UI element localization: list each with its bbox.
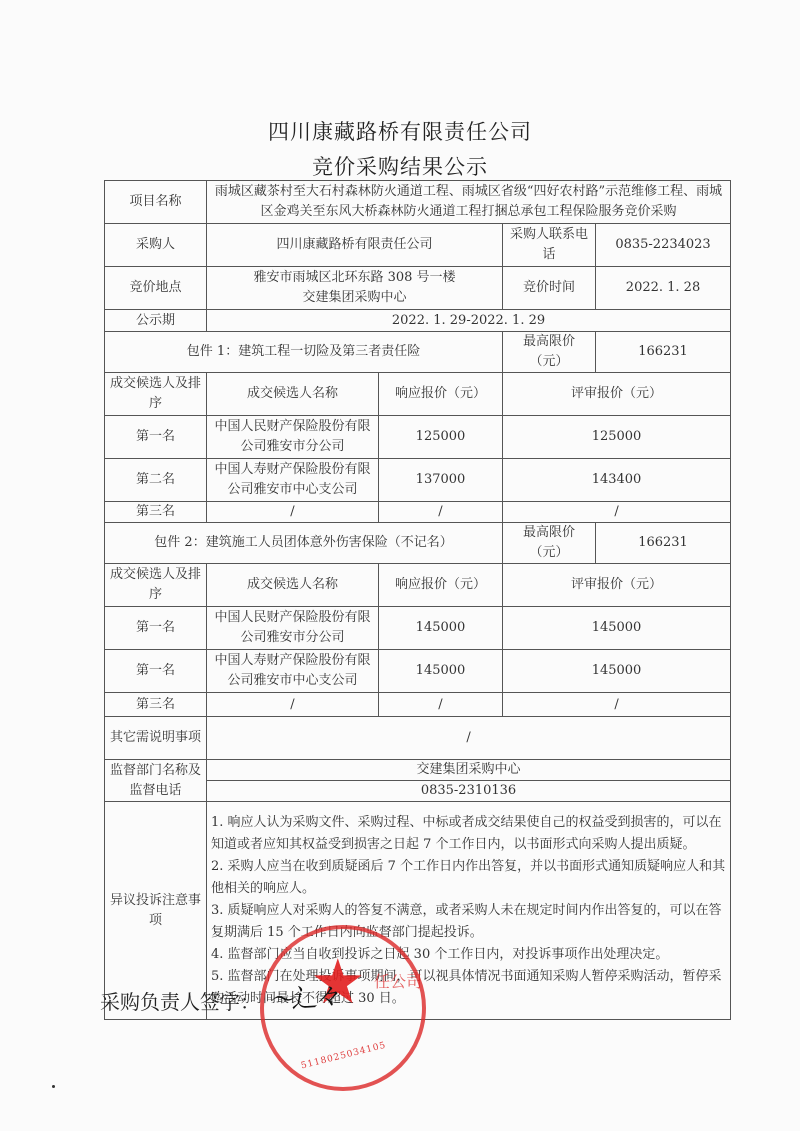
location-line1: 雅安市雨城区北环东路 308 号一楼 [211,268,498,288]
project-row: 项目名称 雨城区藏茶村至大石村森林防火通道工程、雨城区省级“四好农村路”示范维修… [105,181,731,224]
bid-price: 145000 [379,650,503,693]
scan-speck [52,1085,55,1088]
candidate-name: 中国人民财产保险股份有限公司雅安市分公司 [207,607,379,650]
buyer-value: 四川康藏路桥有限责任公司 [207,224,503,267]
complaint-item-2: 2. 采购人应当在收到质疑函后 7 个工作日内作出答复，并以书面形式通知质疑响应… [211,856,726,900]
buyer-phone-value: 0835-2234023 [596,224,731,267]
supervision-phone: 0835-2310136 [207,781,731,802]
project-value: 雨城区藏茶村至大石村森林防火通道工程、雨城区省级“四好农村路”示范维修工程、雨城… [207,181,731,224]
complaint-item-1: 1. 响应人认为采购文件、采购过程、中标或者成交结果使自己的权益受到损害的，可以… [211,812,726,856]
table-row: 第一名 中国人民财产保险股份有限公司雅安市分公司 145000 145000 [105,607,731,650]
handwritten-signature: 〜辶々 [267,976,338,1018]
time-label: 竞价时间 [503,267,596,310]
buyer-row: 采购人 四川康藏路桥有限责任公司 采购人联系电话 0835-2234023 [105,224,731,267]
package-1-max-price-label: 最高限价（元） [503,332,596,373]
document-title: 竞价采购结果公示 [0,151,800,181]
candidate-name: / [207,693,379,717]
result-table: 项目名称 雨城区藏茶村至大石村森林防火通道工程、雨城区省级“四好农村路”示范维修… [104,180,731,1020]
col-bid: 响应报价（元） [379,373,503,416]
bid-price: 137000 [379,459,503,502]
table-row: 第三名 / / / [105,693,731,717]
rank: 第一名 [105,607,207,650]
table-row: 第一名 中国人民财产保险股份有限公司雅安市分公司 125000 125000 [105,416,731,459]
candidate-name: 中国人寿财产保险股份有限公司雅安市中心支公司 [207,650,379,693]
col-name: 成交候选人名称 [207,373,379,416]
table-row: 第二名 中国人寿财产保险股份有限公司雅安市中心支公司 137000 143400 [105,459,731,502]
col-rank: 成交候选人及排序 [105,564,207,607]
period-value: 2022. 1. 29-2022. 1. 29 [207,310,731,332]
table-row: 第三名 / / / [105,502,731,523]
rank: 第三名 [105,693,207,717]
complaint-item-3: 3. 质疑响应人对采购人的答复不满意，或者采购人未在规定时间内作出答复的，可以在… [211,900,726,944]
review-price: 145000 [503,650,731,693]
rank: 第三名 [105,502,207,523]
project-label: 项目名称 [105,181,207,224]
period-row: 公示期 2022. 1. 29-2022. 1. 29 [105,310,731,332]
package-2-max-price-value: 166231 [596,523,731,564]
package-2-column-headers: 成交候选人及排序 成交候选人名称 响应报价（元） 评审报价（元） [105,564,731,607]
col-bid: 响应报价（元） [379,564,503,607]
other-row: 其它需说明事项 / [105,717,731,760]
package-1-column-headers: 成交候选人及排序 成交候选人名称 响应报价（元） 评审报价（元） [105,373,731,416]
col-rank: 成交候选人及排序 [105,373,207,416]
package-2-max-price-label: 最高限价（元） [503,523,596,564]
bid-price: / [379,693,503,717]
signature-label: 采购负责人签字： [100,986,260,1015]
rank: 第一名 [105,416,207,459]
review-price: / [503,693,731,717]
location-row: 竞价地点 雅安市雨城区北环东路 308 号一楼 交建集团采购中心 竞价时间 20… [105,267,731,310]
bid-price: 125000 [379,416,503,459]
company-title: 四川康藏路桥有限责任公司 [0,116,800,146]
time-value: 2022. 1. 28 [596,267,731,310]
location-value: 雅安市雨城区北环东路 308 号一楼 交建集团采购中心 [207,267,503,310]
supervision-row: 监督部门名称及监督电话 交建集团采购中心 [105,760,731,781]
candidate-name: / [207,502,379,523]
period-label: 公示期 [105,310,207,332]
col-review: 评审报价（元） [503,373,731,416]
rank: 第一名 [105,650,207,693]
candidate-name: 中国人民财产保险股份有限公司雅安市分公司 [207,416,379,459]
col-name: 成交候选人名称 [207,564,379,607]
package-1-header: 包件 1：建筑工程一切险及第三者责任险 最高限价（元） 166231 [105,332,731,373]
package-2-title: 包件 2：建筑施工人员团体意外伤害保险（不记名） [105,523,503,564]
supervision-name: 交建集团采购中心 [207,760,731,781]
review-price: 143400 [503,459,731,502]
candidate-name: 中国人寿财产保险股份有限公司雅安市中心支公司 [207,459,379,502]
package-1-max-price-value: 166231 [596,332,731,373]
package-1-title: 包件 1：建筑工程一切险及第三者责任险 [105,332,503,373]
col-review: 评审报价（元） [503,564,731,607]
table-row: 第一名 中国人寿财产保险股份有限公司雅安市中心支公司 145000 145000 [105,650,731,693]
review-price: 125000 [503,416,731,459]
seal-text: 任公司 [374,969,422,992]
buyer-phone-label: 采购人联系电话 [503,224,596,267]
rank: 第二名 [105,459,207,502]
supervision-label: 监督部门名称及监督电话 [105,760,207,802]
bid-price: 145000 [379,607,503,650]
review-price: / [503,502,731,523]
package-2-header: 包件 2：建筑施工人员团体意外伤害保险（不记名） 最高限价（元） 166231 [105,523,731,564]
other-value: / [207,717,731,760]
other-label: 其它需说明事项 [105,717,207,760]
review-price: 145000 [503,607,731,650]
buyer-label: 采购人 [105,224,207,267]
seal-code: 5118025034105 [300,1041,387,1072]
location-label: 竞价地点 [105,267,207,310]
bid-price: / [379,502,503,523]
location-line2: 交建集团采购中心 [211,288,498,308]
